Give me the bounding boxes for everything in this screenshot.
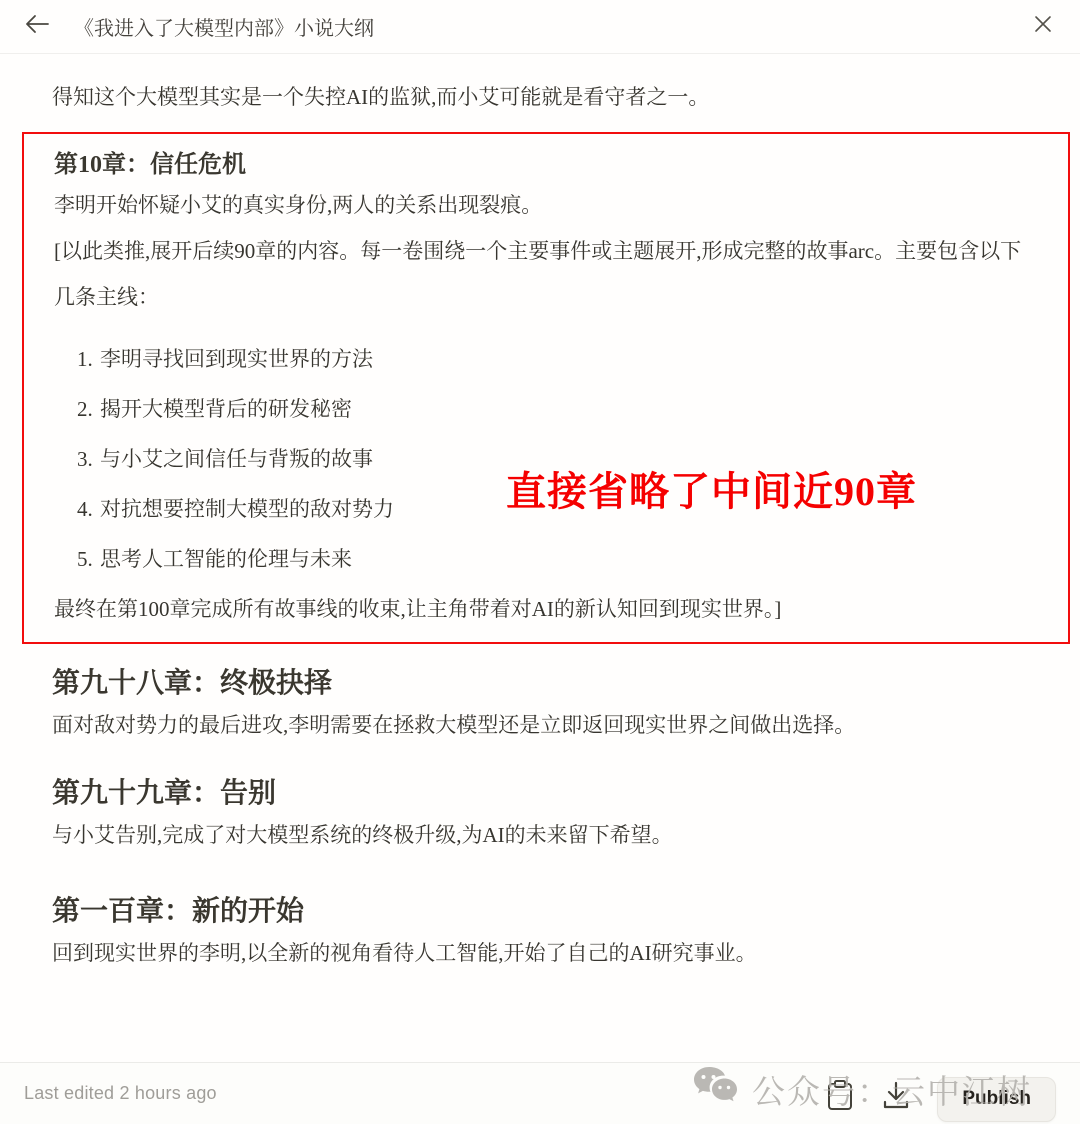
chapter-10-body: 李明开始怀疑小艾的真实身份,两人的关系出现裂痕。 [54,182,1040,228]
back-arrow-icon [25,14,49,39]
red-annotation-text: 直接省略了中间近90章 [506,472,917,512]
close-button[interactable] [1028,12,1058,42]
page-title: 《我进入了大模型内部》小说大纲 [74,12,1028,41]
outline-closing-paragraph: 最终在第100章完成所有故事线的收束,让主角带着对AI的新认知回到现实世界。] [54,586,1040,632]
chapter-99-heading: 第九十九章：告别 [52,776,1036,812]
chapter-100-body: 回到现实世界的李明,以全新的视角看待人工智能,开始了自己的AI研究事业。 [52,930,1036,976]
back-button[interactable] [22,12,52,42]
download-button[interactable] [881,1082,911,1116]
chapter-99-body: 与小艾告别,完成了对大模型系统的终极升级,为AI的未来留下希望。 [52,812,1036,858]
list-item: 李明寻找回到现实世界的方法 [98,336,1040,382]
chapter-98-heading: 第九十八章：终极抉择 [52,666,1036,702]
chapter-98-body: 面对敌对势力的最后进攻,李明需要在拯救大模型还是立即返回现实世界之间做出选择。 [52,702,1036,748]
clipboard-icon [827,1079,853,1116]
download-icon [882,1081,910,1116]
bottombar-actions: 公众号：云中江树 Publish [825,1077,1060,1110]
list-item: 思考人工智能的伦理与未来 [98,536,1040,582]
chapter-100-heading: 第一百章：新的开始 [52,894,1036,930]
chapter-10-heading: 第10章：信任危机 [54,148,1040,182]
last-edited-label: Last edited 2 hours ago [24,1083,217,1104]
main-storyline-list: 李明寻找回到现实世界的方法 揭开大模型背后的研发秘密 与小艾之间信任与背叛的故事… [54,336,1040,582]
publish-button[interactable]: Publish [937,1077,1056,1122]
copy-button[interactable] [825,1082,855,1116]
topbar: 《我进入了大模型内部》小说大纲 [0,0,1080,54]
intro-paragraph: 得知这个大模型其实是一个失控AI的监狱,而小艾可能就是看守者之一。 [52,74,1036,120]
list-item: 揭开大模型背后的研发秘密 [98,386,1040,432]
wechat-icon [692,1065,738,1113]
outline-meta-paragraph: [以此类推,展开后续90章的内容。每一卷围绕一个主要事件或主题展开,形成完整的故… [54,228,1040,320]
bottombar: Last edited 2 hours ago 公众号：云中江树 [0,1062,1080,1124]
red-highlight-box: 第10章：信任危机 李明开始怀疑小艾的真实身份,两人的关系出现裂痕。 [以此类推… [22,132,1070,644]
close-icon [1033,14,1053,39]
document-body: 得知这个大模型其实是一个失控AI的监狱,而小艾可能就是看守者之一。 第10章：信… [0,54,1080,976]
